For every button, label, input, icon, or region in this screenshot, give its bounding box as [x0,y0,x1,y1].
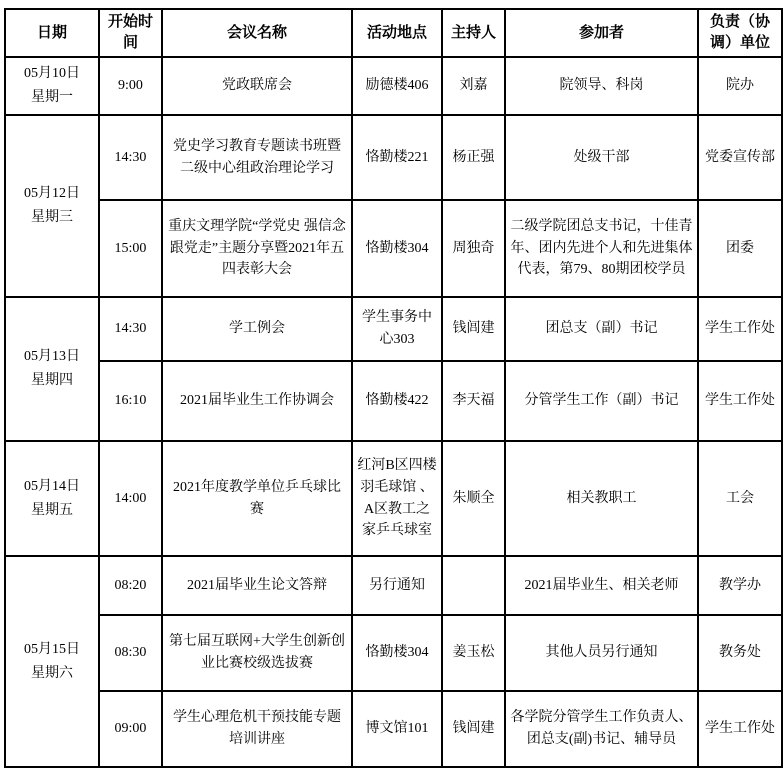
participants-cell: 分管学生工作（副）书记 [505,361,698,441]
date-cell: 05月15日 星期六 [5,556,99,767]
host-cell: 朱顺全 [442,441,505,556]
unit-cell: 学生工作处 [698,691,782,767]
header-participants: 参加者 [505,9,698,57]
unit-cell: 党委宣传部 [698,115,782,200]
time-cell: 15:00 [99,200,162,297]
header-meeting-name: 会议名称 [162,9,352,57]
header-host: 主持人 [442,9,505,57]
host-cell: 周独奇 [442,200,505,297]
location-cell: 博文馆101 [352,691,442,767]
meeting-name-cell: 2021届毕业生工作协调会 [162,361,352,441]
table-row: 05月14日 星期五 14:00 2021年度教学单位乒乓球比赛 红河B区四楼羽… [5,441,782,556]
date-text: 05月12日 [10,182,94,206]
date-cell: 05月13日 星期四 [5,297,99,441]
host-cell: 姜玉松 [442,615,505,691]
host-cell: 杨正强 [442,115,505,200]
date-cell: 05月14日 星期五 [5,441,99,556]
host-cell: 钱闾建 [442,691,505,767]
meeting-name-cell: 第七届互联网+大学生创新创业比赛校级选拔赛 [162,615,352,691]
weekday-text: 星期四 [10,369,94,393]
unit-cell: 教学办 [698,556,782,615]
unit-cell: 工会 [698,441,782,556]
time-cell: 08:30 [99,615,162,691]
weekday-text: 星期六 [10,662,94,686]
weekday-text: 星期五 [10,499,94,523]
participants-cell: 院领导、科岗 [505,57,698,115]
time-cell: 14:00 [99,441,162,556]
unit-cell: 学生工作处 [698,297,782,361]
location-cell: 恪勤楼304 [352,200,442,297]
unit-cell: 教务处 [698,615,782,691]
date-text: 05月15日 [10,638,94,662]
header-location: 活动地点 [352,9,442,57]
date-text: 05月10日 [10,62,94,86]
header-row: 日期 开始时间 会议名称 活动地点 主持人 参加者 负责（协调）单位 [5,9,782,57]
table-row: 16:10 2021届毕业生工作协调会 恪勤楼422 李天福 分管学生工作（副）… [5,361,782,441]
header-start-time: 开始时间 [99,9,162,57]
participants-cell: 各学院分管学生工作负责人、团总支(副)书记、辅导员 [505,691,698,767]
meeting-name-cell: 2021届毕业生论文答辩 [162,556,352,615]
meeting-name-cell: 学生心理危机干预技能专题培训讲座 [162,691,352,767]
weekday-text: 星期三 [10,206,94,230]
time-cell: 14:30 [99,115,162,200]
date-cell: 05月10日 星期一 [5,57,99,115]
meeting-name-cell: 重庆文理学院“学党史 强信念 跟党走”主题分享暨2021年五四表彰大会 [162,200,352,297]
table-row: 15:00 重庆文理学院“学党史 强信念 跟党走”主题分享暨2021年五四表彰大… [5,200,782,297]
participants-cell: 二级学院团总支书记，十佳青年、团内先进个人和先进集体代表，第79、80期团校学员 [505,200,698,297]
time-cell: 08:20 [99,556,162,615]
date-text: 05月14日 [10,475,94,499]
participants-cell: 相关教职工 [505,441,698,556]
date-cell: 05月12日 星期三 [5,115,99,297]
location-cell: 恪勤楼422 [352,361,442,441]
table-row: 05月10日 星期一 9:00 党政联席会 励德楼406 刘嘉 院领导、科岗 院… [5,57,782,115]
location-cell: 恪勤楼304 [352,615,442,691]
table-row: 05月15日 星期六 08:20 2021届毕业生论文答辩 另行通知 2021届… [5,556,782,615]
header-unit: 负责（协调）单位 [698,9,782,57]
table-row: 05月12日 星期三 14:30 党史学习教育专题读书班暨二级中心组政治理论学习… [5,115,782,200]
meeting-name-cell: 党政联席会 [162,57,352,115]
date-text: 05月13日 [10,345,94,369]
time-cell: 09:00 [99,691,162,767]
table-row: 08:30 第七届互联网+大学生创新创业比赛校级选拔赛 恪勤楼304 姜玉松 其… [5,615,782,691]
time-cell: 16:10 [99,361,162,441]
participants-cell: 2021届毕业生、相关老师 [505,556,698,615]
header-date: 日期 [5,9,99,57]
time-cell: 14:30 [99,297,162,361]
host-cell: 李天福 [442,361,505,441]
unit-cell: 团委 [698,200,782,297]
participants-cell: 团总支（副）书记 [505,297,698,361]
host-cell: 钱闾建 [442,297,505,361]
meeting-name-cell: 2021年度教学单位乒乓球比赛 [162,441,352,556]
meeting-schedule-page: 日期 开始时间 会议名称 活动地点 主持人 参加者 负责（协调）单位 05月10… [0,0,784,764]
location-cell: 励德楼406 [352,57,442,115]
meeting-schedule-table: 日期 开始时间 会议名称 活动地点 主持人 参加者 负责（协调）单位 05月10… [4,8,783,768]
time-cell: 9:00 [99,57,162,115]
meeting-name-cell: 学工例会 [162,297,352,361]
table-row: 09:00 学生心理危机干预技能专题培训讲座 博文馆101 钱闾建 各学院分管学… [5,691,782,767]
participants-cell: 其他人员另行通知 [505,615,698,691]
location-cell: 恪勤楼221 [352,115,442,200]
unit-cell: 院办 [698,57,782,115]
location-cell: 学生事务中心303 [352,297,442,361]
meeting-name-cell: 党史学习教育专题读书班暨二级中心组政治理论学习 [162,115,352,200]
table-row: 05月13日 星期四 14:30 学工例会 学生事务中心303 钱闾建 团总支（… [5,297,782,361]
host-cell: 刘嘉 [442,57,505,115]
weekday-text: 星期一 [10,86,94,110]
host-cell [442,556,505,615]
location-cell: 另行通知 [352,556,442,615]
participants-cell: 处级干部 [505,115,698,200]
location-cell: 红河B区四楼羽毛球馆 、A区教工之家乒乓球室 [352,441,442,556]
unit-cell: 学生工作处 [698,361,782,441]
